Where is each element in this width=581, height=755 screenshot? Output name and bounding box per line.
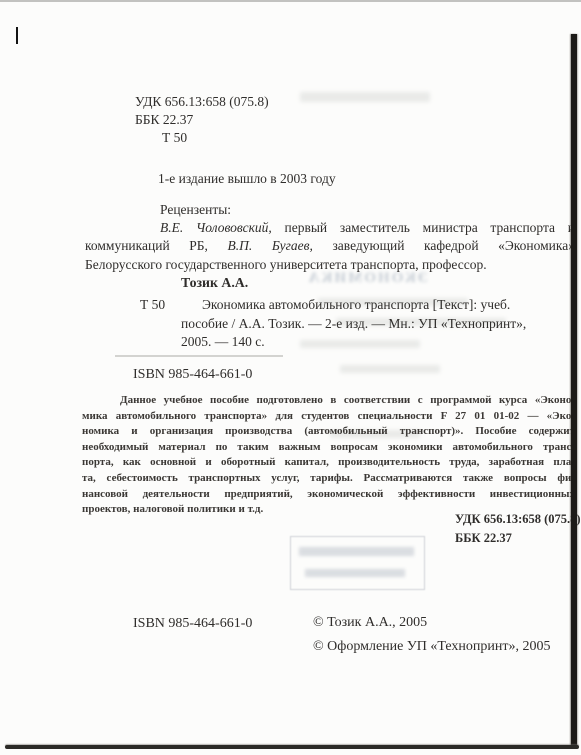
bottom-codes-block: УДК 656.13:658 (075.8) ББК 22.37 bbox=[455, 510, 581, 547]
udc-code: УДК 656.13:658 (075.8) bbox=[135, 93, 269, 111]
scan-edge-right-binding bbox=[571, 34, 577, 746]
reviewers-line: В.Е. Чолововский, первый заместитель мин… bbox=[85, 219, 575, 237]
citation-line: 2005. — 140 с. bbox=[181, 333, 577, 352]
annotation-line: нансовой деятельности предприятий, эконо… bbox=[82, 487, 575, 503]
reviewers-block: Рецензенты: В.Е. Чолововский, первый зам… bbox=[85, 201, 575, 274]
reviewers-label: Рецензенты: bbox=[85, 201, 575, 219]
reviewer-title: коммуникаций РБ, bbox=[85, 238, 228, 253]
reviewer-title: заведующий кафедрой «Экономика» bbox=[313, 238, 575, 253]
top-codes-block: УДК 656.13:658 (075.8) ББК 22.37 Т 50 bbox=[135, 93, 269, 147]
reviewers-line: коммуникаций РБ, В.П. Бугаев, заведующий… bbox=[85, 237, 575, 255]
annotation-line: мика автомобильного транспорта» для студ… bbox=[82, 409, 575, 425]
ghost-smudge bbox=[340, 365, 440, 373]
reviewers-line: Белорусского государственного университе… bbox=[85, 256, 575, 274]
reviewer-name: В.Е. Чолововский, bbox=[160, 220, 272, 235]
ghost-smudge bbox=[300, 92, 430, 102]
ghost-stamp-text-bar bbox=[299, 547, 414, 556]
isbn-bottom: ISBN 985-464-661-0 bbox=[133, 616, 252, 632]
author-sign-code: Т 50 bbox=[135, 129, 269, 147]
reviewer-name: В.П. Бугаев, bbox=[228, 238, 313, 253]
scanned-book-imprint-page: ЭКОНОМИКА УДК 656.13:658 (075.8) ББК 22.… bbox=[0, 0, 581, 755]
annotation-line: номика и организация производства (автом… bbox=[82, 424, 575, 440]
copyright-author: © Тозик А.А., 2005 bbox=[313, 615, 427, 631]
scan-edge-top-line bbox=[0, 0, 581, 2]
citation-line: пособие / А.А. Тозик. — 2-е изд. — Мн.: … bbox=[181, 315, 577, 334]
udc-code-bottom: УДК 656.13:658 (075.8) bbox=[455, 510, 581, 529]
edition-note: 1-е издание вышло в 2003 году bbox=[158, 171, 336, 187]
scan-left-tick-mark bbox=[16, 27, 18, 44]
bbk-code-bottom: ББК 22.37 bbox=[455, 529, 581, 548]
reviewer-title: первый заместитель министра транспорта и bbox=[272, 220, 575, 235]
ghost-stamp-box bbox=[290, 536, 425, 590]
citation-block: Экономика автомобильного транспорта [Тек… bbox=[181, 296, 577, 352]
citation-line: Экономика автомобильного транспорта [Тек… bbox=[181, 296, 577, 315]
annotation-line: Данное учебное пособие подготовлено в со… bbox=[82, 393, 575, 409]
annotation-line: необходимый материал по таким важным воп… bbox=[82, 440, 575, 456]
copyright-publisher: © Оформление УП «Технопринт», 2005 bbox=[313, 639, 551, 655]
divider-line bbox=[115, 355, 283, 357]
annotation-block: Данное учебное пособие подготовлено в со… bbox=[82, 393, 575, 518]
bbk-code: ББК 22.37 bbox=[135, 111, 269, 129]
isbn-top: ISBN 985-464-661-0 bbox=[133, 367, 252, 383]
citation-sign: Т 50 bbox=[140, 297, 165, 313]
ghost-stamp-text-bar bbox=[305, 569, 405, 577]
annotation-line: та, себестоимость транспортных услуг, та… bbox=[82, 471, 575, 487]
annotation-line: порта, как основной и оборотный капитал,… bbox=[82, 455, 575, 471]
citation-author: Тозик А.А. bbox=[181, 275, 248, 291]
scan-edge-bottom bbox=[5, 745, 579, 749]
